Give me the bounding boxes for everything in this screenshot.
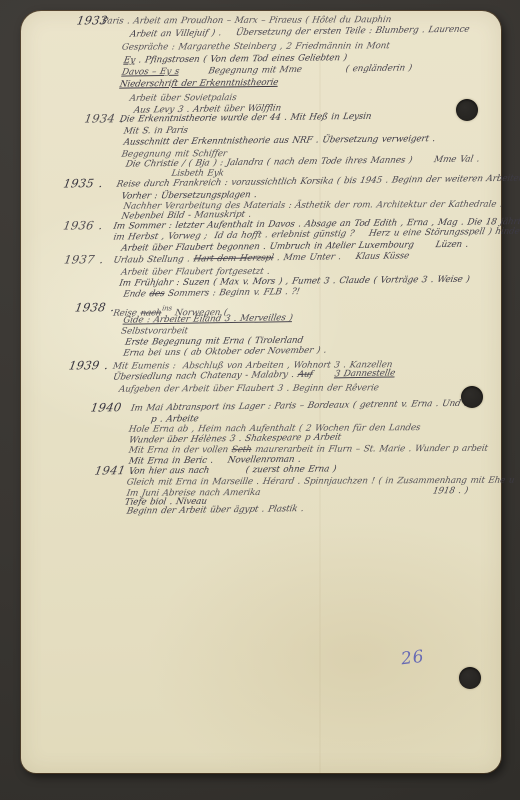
handwriting-line: Erna bei uns ( ab Oktober oder November … <box>122 346 327 360</box>
year-label: 1935 . <box>63 178 104 189</box>
year-label: 1938 . <box>74 302 115 313</box>
punch-hole <box>461 386 483 408</box>
year-label: 1940 <box>90 402 122 413</box>
handwriting-line: Arbeit über Sovietpalais <box>129 93 237 105</box>
handwriting-line: Mit Erna in der vollen Seth maurerarbeit… <box>128 444 489 457</box>
handwriting-line: Selbstvorarbeit <box>120 326 188 337</box>
ink-layer: 1933Paris . Arbeit am Proudhon – Marx – … <box>0 0 520 800</box>
handwriting-line: Die Erkenntnistheorie wurde der 44 . Mit… <box>119 112 372 126</box>
handwriting-line: Mit S. in Paris <box>123 126 189 138</box>
handwriting-line: 1918 . ) <box>432 486 469 498</box>
handwriting-line: Gespräche : Margarethe Steinberg , 2 Fri… <box>121 41 390 53</box>
handwriting-line: Gide : Arbeiter Eiland 3 . Merveilles ) <box>122 313 293 326</box>
handwriting-line: Im Mai Abtransport ins Lager : Paris – B… <box>130 399 471 415</box>
handwriting-line: Niederschrift der Erkenntnistheorie <box>119 78 279 91</box>
handwriting-line: Beginn der Arbeit über ägypt . Plastik . <box>126 504 305 518</box>
year-label: 1936 . <box>62 220 103 231</box>
handwriting-line: Ende des Sommers : Beginn v. FLB . ?! <box>122 287 300 301</box>
punch-hole <box>456 99 478 121</box>
punch-hole <box>459 667 481 689</box>
year-label: 1937 . <box>63 254 104 265</box>
handwriting-line: Aufgeben der Arbeit über Flaubert 3 . Be… <box>118 383 379 395</box>
year-label: 1939 . <box>68 360 109 371</box>
scan-background: 1933Paris . Arbeit am Proudhon – Marx – … <box>0 0 520 800</box>
handwriting-line: Von hier aus nach ( zuerst ohne Erna ) <box>128 464 337 477</box>
handwriting-line: Ausschnitt der Erkenntnistheorie aus NRF… <box>123 134 436 149</box>
page-number: 26 <box>400 647 426 670</box>
